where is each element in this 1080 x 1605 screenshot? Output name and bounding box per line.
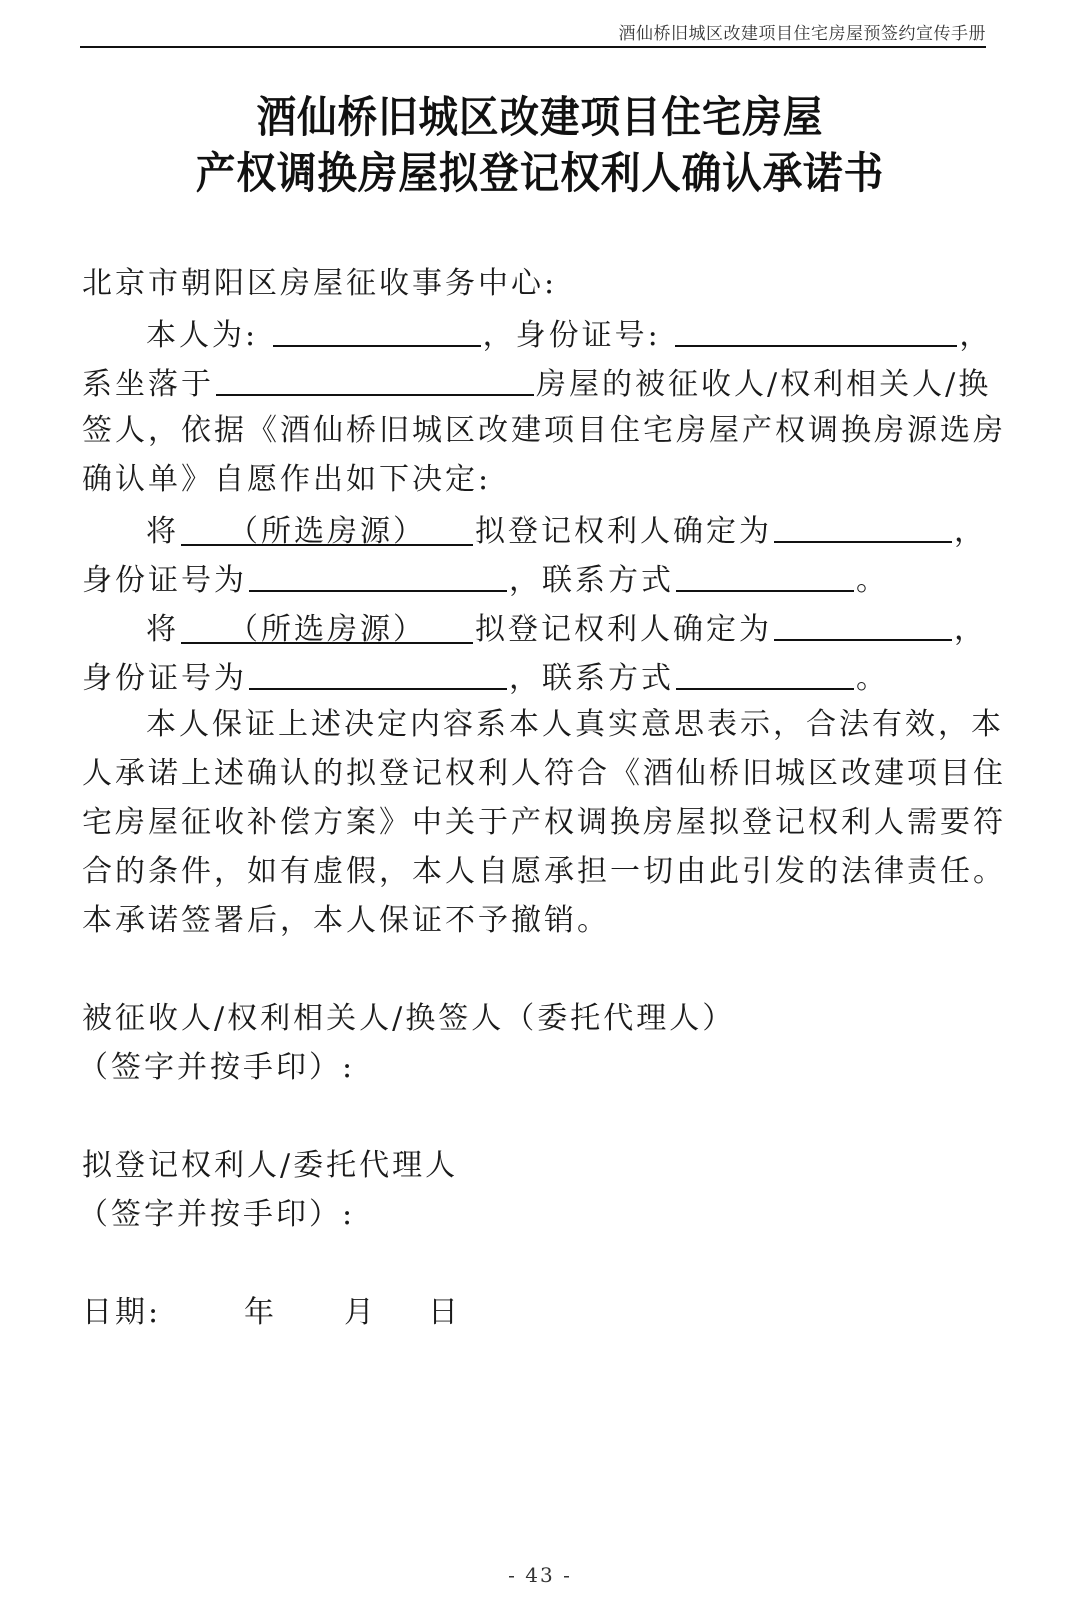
decision-1-line: 将（所选房源）拟登记权利人确定为，	[146, 511, 987, 550]
house-placeholder: （所选房源）	[228, 612, 426, 647]
house-placeholder: （所选房源）	[228, 514, 426, 549]
period: 。	[856, 661, 889, 696]
house-location-field[interactable]	[216, 366, 534, 396]
page-number: - 43 -	[0, 1563, 1080, 1587]
decision-1-contact-field[interactable]	[676, 562, 854, 592]
decision-middle-text: 拟登记权利人确定为	[475, 612, 772, 647]
declarant-name-label: 本人为:	[146, 318, 258, 353]
contact-label: ，联系方式	[509, 661, 674, 696]
decision-2-contact-field[interactable]	[676, 660, 854, 690]
role-text: 房屋的被征收人/权利相关人/换	[536, 367, 991, 402]
pledge-line-3: 宅房屋征收补偿方案》中关于产权调换房屋拟登记权利人需要符	[82, 805, 1006, 841]
decision-1-id-line: 身份证号为，联系方式。	[82, 560, 889, 599]
comma: ，	[954, 612, 987, 647]
decision-prefix: 将	[146, 514, 179, 549]
decision-prefix: 将	[146, 612, 179, 647]
contact-label: ，联系方式	[509, 563, 674, 598]
id-label: 身份证号为	[82, 563, 247, 598]
decision-2-line: 将（所选房源）拟登记权利人确定为，	[146, 609, 987, 648]
decision-2-registrant-field[interactable]	[774, 611, 952, 641]
comma: ，	[959, 318, 992, 353]
comma: ，	[954, 514, 987, 549]
declarant-name-field[interactable]	[273, 317, 481, 347]
pledge-line-1: 本人保证上述决定内容系本人真实意思表示，合法有效，本	[146, 707, 1004, 743]
running-header-title: 酒仙桥旧城区改建项目住宅房屋预签约宣传手册	[619, 19, 987, 44]
addressee: 北京市朝阳区房屋征收事务中心:	[82, 266, 557, 302]
location-line: 系坐落于房屋的被征收人/权利相关人/换	[82, 364, 991, 403]
date-line: 日期: 年 月 日	[82, 1295, 161, 1331]
decision-intro-line: 确认单》自愿作出如下决定:	[82, 462, 491, 498]
pledge-line-5: 本承诺签署后，本人保证不予撤销。	[82, 903, 610, 939]
signature-2-label: 拟登记权利人/委托代理人	[82, 1148, 458, 1184]
period: 。	[856, 563, 889, 598]
date-year: 年	[244, 1295, 277, 1331]
running-header: 酒仙桥旧城区改建项目住宅房屋预签约宣传手册	[80, 0, 986, 48]
declarant-id-label: ，身份证号:	[483, 318, 661, 353]
decision-2-id-line: 身份证号为，联系方式。	[82, 658, 889, 697]
date-month: 月	[344, 1295, 377, 1331]
decision-2-id-field[interactable]	[249, 660, 507, 690]
id-label: 身份证号为	[82, 661, 247, 696]
document-title-line-1: 酒仙桥旧城区改建项目住宅房屋	[43, 84, 1037, 145]
pledge-line-4: 合的条件，如有虚假，本人自愿承担一切由此引发的法律责任。	[82, 854, 1006, 890]
basis-line: 签人，依据《酒仙桥旧城区改建项目住宅房屋产权调换房源选房	[82, 413, 1006, 449]
declarant-id-field[interactable]	[675, 317, 957, 347]
signature-1-label: 被征收人/权利相关人/换签人（委托代理人）	[82, 1001, 735, 1037]
decision-middle-text: 拟登记权利人确定为	[475, 514, 772, 549]
declarant-line: 本人为: ，身份证号: ，	[146, 315, 992, 354]
decision-1-house-field[interactable]: （所选房源）	[181, 516, 473, 546]
decision-1-id-field[interactable]	[249, 562, 507, 592]
document-title-line-2: 产权调换房屋拟登记权利人确认承诺书	[43, 140, 1037, 201]
signature-2-sublabel: （签字并按手印）:	[78, 1197, 355, 1233]
pledge-line-2: 人承诺上述确认的拟登记权利人符合《酒仙桥旧城区改建项目住	[82, 756, 1006, 792]
location-label: 系坐落于	[82, 367, 214, 402]
signature-1-sublabel: （签字并按手印）:	[78, 1050, 355, 1086]
date-label: 日期:	[82, 1295, 161, 1330]
decision-2-house-field[interactable]: （所选房源）	[181, 614, 473, 644]
date-day: 日	[428, 1295, 461, 1331]
decision-1-registrant-field[interactable]	[774, 513, 952, 543]
